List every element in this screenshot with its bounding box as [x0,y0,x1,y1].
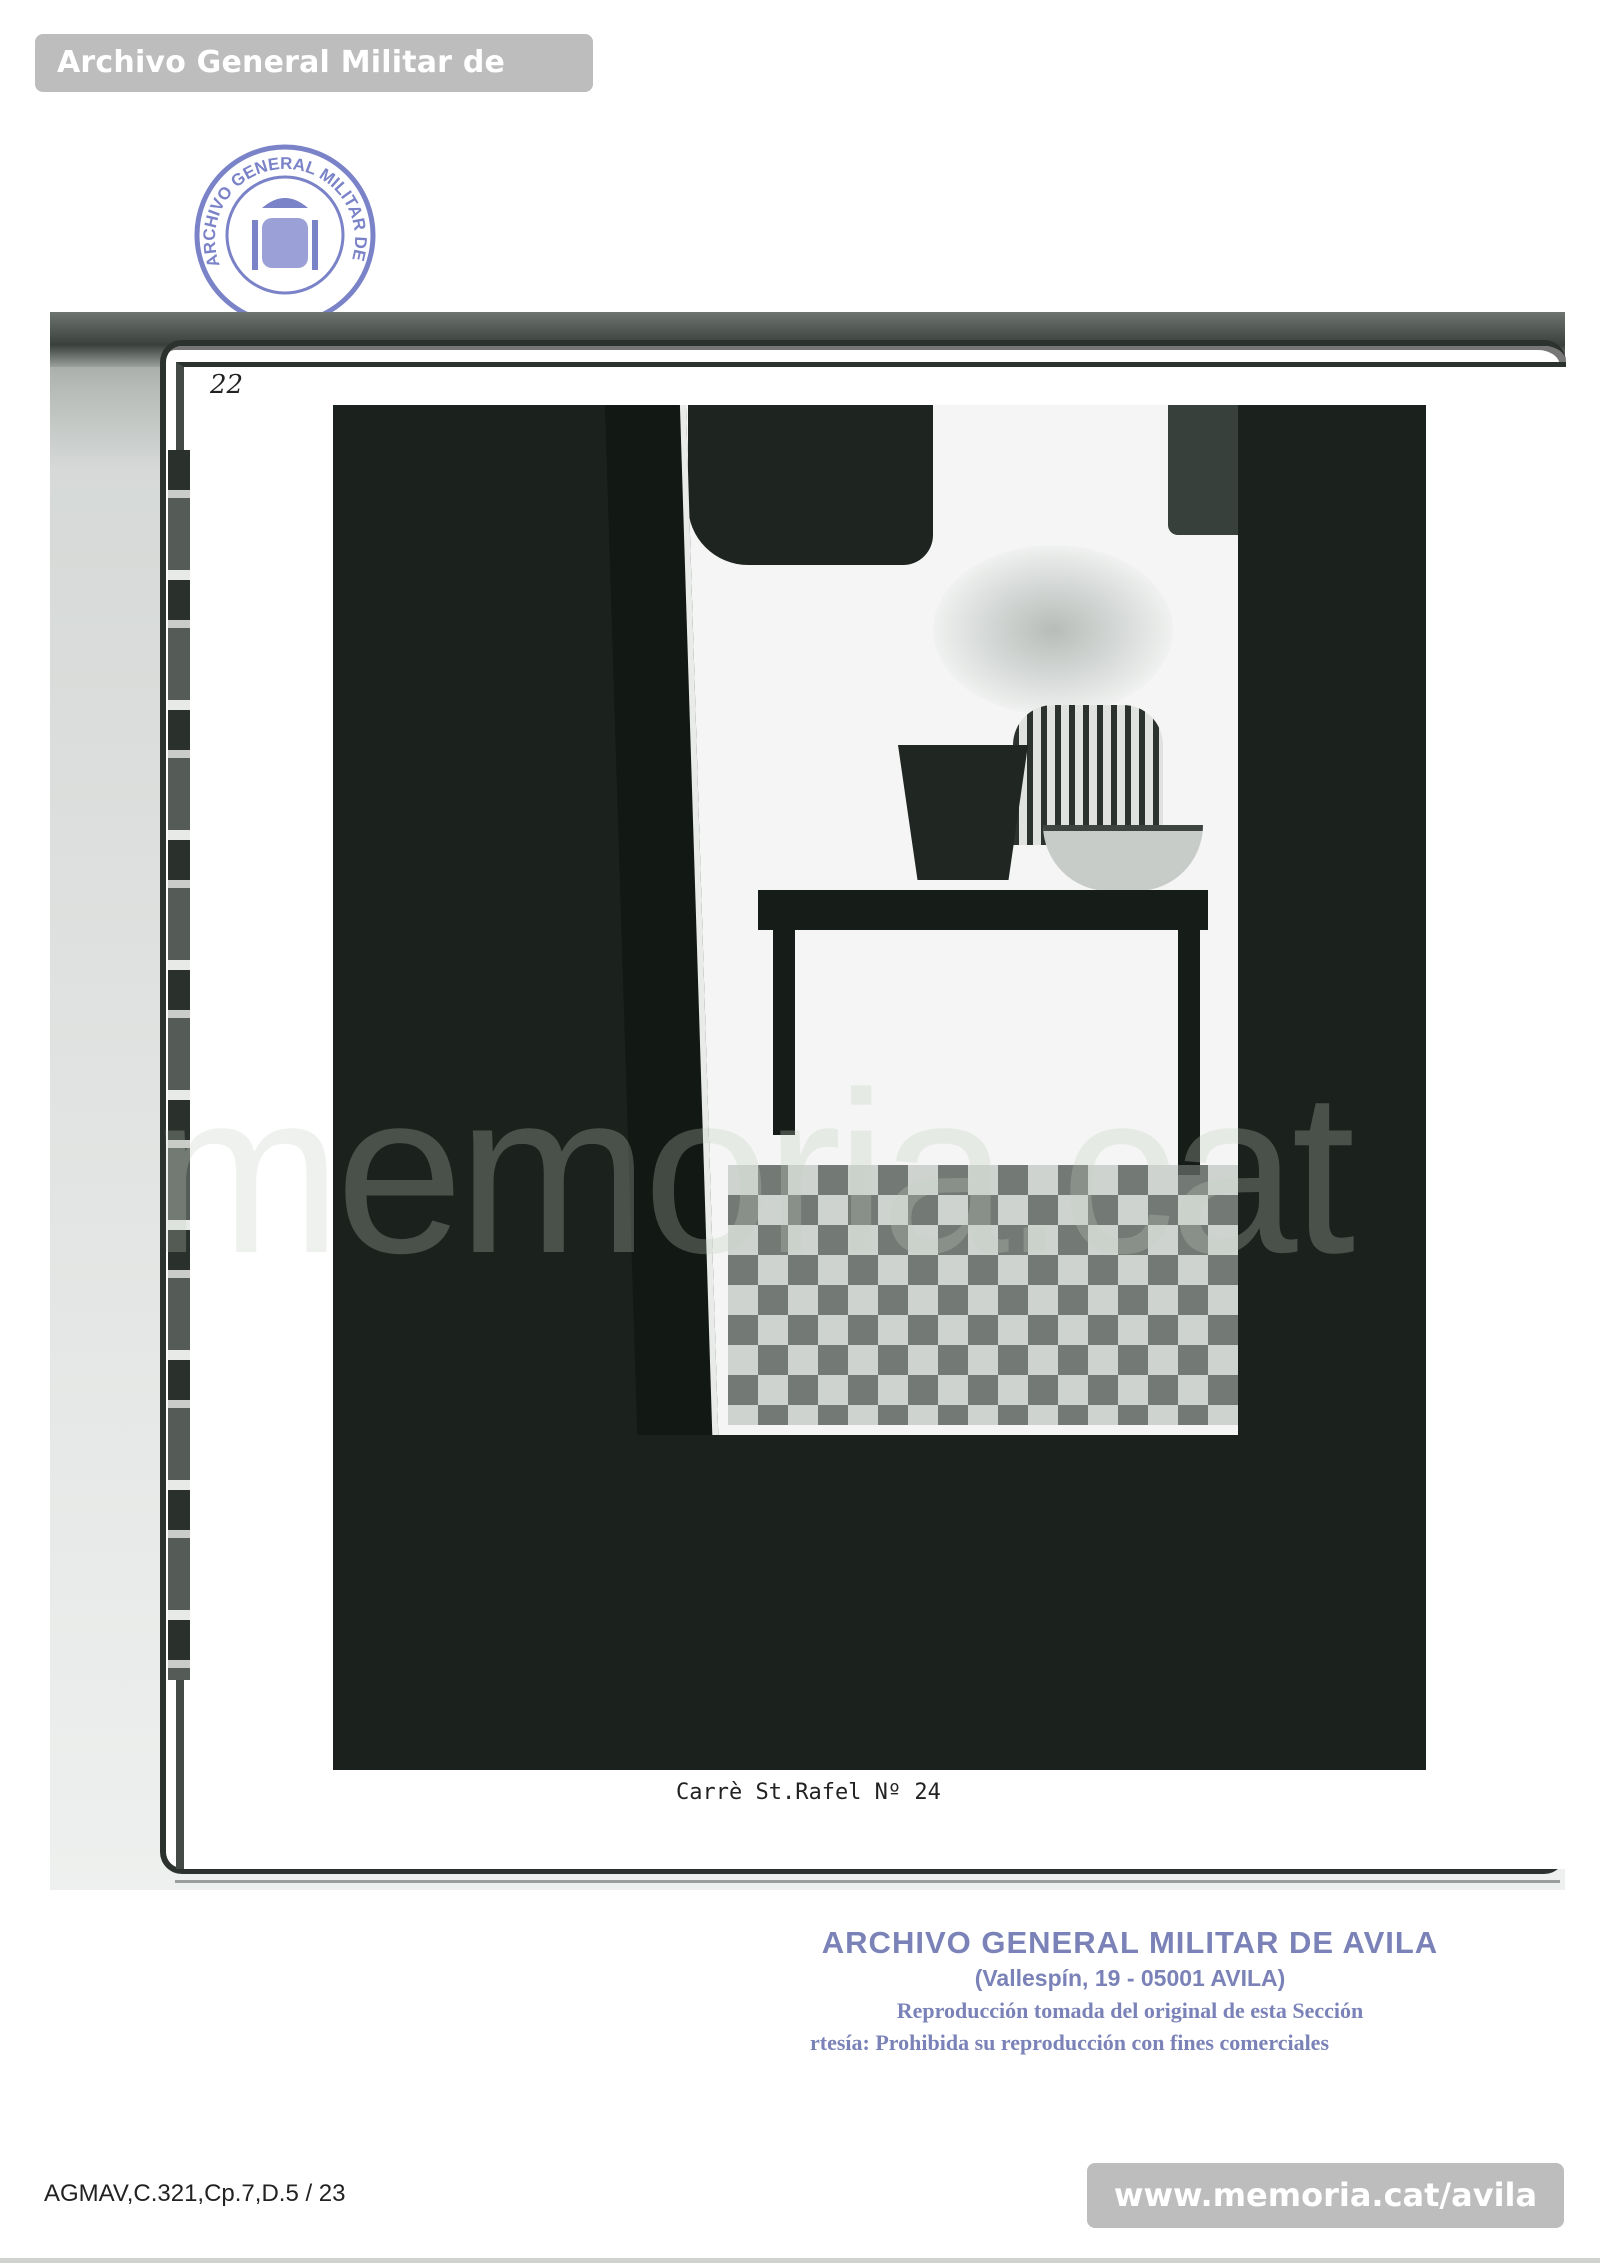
stamp-line-1: ARCHIVO GENERAL MILITAR DE AVILA [780,1925,1480,1961]
table-leg [773,925,795,1135]
document-reference: AGMAV,C.321,Cp.7,D.5 / 23 [44,2180,346,2208]
threshold-shadow [333,1435,1426,1770]
stamp-line-3: Reproducción tomada del original de esta… [780,1998,1480,2024]
album-binding-edge [168,450,190,1680]
tiled-floor [728,1165,1248,1425]
archive-title-badge: Archivo General Militar de Ávila [35,34,593,92]
hanging-clothes [688,405,933,565]
photograph [333,405,1426,1770]
photo-caption: Carrè St.Rafel Nº 24 [676,1780,941,1805]
page-bottom-border [0,2258,1600,2263]
wall-stain [933,545,1173,715]
archive-seal-icon: ARCHIVO GENERAL MILITAR DE AVILA [190,140,380,330]
stamp-line-4: rtesía: Prohibida su reproducción con fi… [780,2030,1480,2056]
bucket [898,745,1028,880]
website-link[interactable]: www.memoria.cat/avila [1087,2163,1564,2228]
archive-stamp: ARCHIVO GENERAL MILITAR DE AVILA (Valles… [780,1925,1480,2056]
handwritten-page-number: 22 [210,370,243,400]
wicker-chair [1013,705,1163,845]
album-bottom-edge [175,1880,1560,1883]
table-top [758,890,1208,930]
stamp-line-2: (Vallespín, 19 - 05001 AVILA) [780,1965,1480,1992]
table-leg [1178,925,1200,1175]
